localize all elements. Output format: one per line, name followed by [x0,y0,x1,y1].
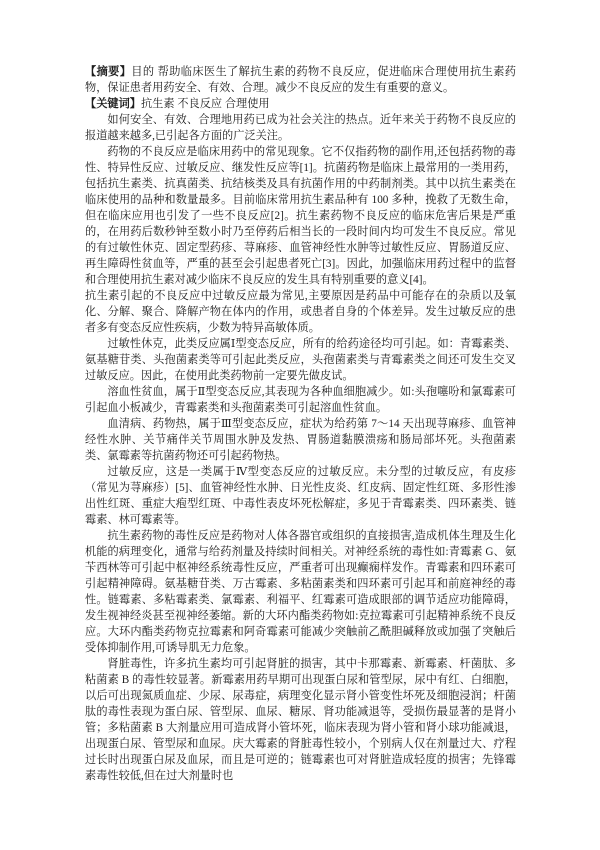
document-page: 【摘要】目的 帮助临床医生了解抗生素的药物不良反应，促进临床合理使用抗生素药物，… [0,0,600,850]
keywords-label: 【关键词】 [85,98,141,110]
article-body: 如何安全、有效、合理地用药已成为社会关注的热点。近年来关于药物不良反应的报道越来… [85,112,516,784]
body-paragraph: 溶血性贫血，属于Ⅱ型变态反应,其表现为各种血细胞减少。如:头孢噻吩和氯霉素可引起… [85,384,516,416]
body-paragraph: 如何安全、有效、合理地用药已成为社会关注的热点。近年来关于药物不良反应的报道越来… [85,112,516,144]
abstract-line: 【摘要】目的 帮助临床医生了解抗生素的药物不良反应，促进临床合理使用抗生素药物，… [85,64,516,96]
keywords-text: 抗生素 不良反应 合理使用 [141,98,270,110]
abstract-label: 【摘要】 [85,66,131,78]
body-paragraph: 药物的不良反应是临床用药中的常见现象。它不仅指药物的副作用,还包括药物的毒性、特… [85,144,516,288]
keywords-line: 【关键词】抗生素 不良反应 合理使用 [85,96,516,112]
body-paragraph: 过敏反应，这是一类属于Ⅳ型变态反应的过敏反应。未分型的过敏反应，有皮疹（常见为荨… [85,464,516,528]
body-paragraph: 过敏性休克，此类反应属Ⅰ型变态反应，所有的给药途径均可引起。如：青霉素类、氨基糖… [85,336,516,384]
body-paragraph: 抗生素引起的不良反应中过敏反应最为常见,主要原因是药品中可能存在的杂质以及氧化、… [85,288,516,336]
body-paragraph: 肾脏毒性，许多抗生素均可引起肾脏的损害，其中卡那霉素、新霉素、杆菌肽、多粘菌素 … [85,656,516,784]
abstract-text: 目的 帮助临床医生了解抗生素的药物不良反应，促进临床合理使用抗生素药物，保证患者… [85,66,516,94]
body-paragraph: 血清病、药物热，属于Ⅲ型变态反应，症状为给药第 7～14 天出现荨麻疹、血管神经… [85,416,516,464]
body-paragraph: 抗生素药物的毒性反应是药物对人体各器官或组织的直接损害,造成机体生理及生化机能的… [85,528,516,656]
article-content: 【摘要】目的 帮助临床医生了解抗生素的药物不良反应，促进临床合理使用抗生素药物，… [85,64,516,784]
